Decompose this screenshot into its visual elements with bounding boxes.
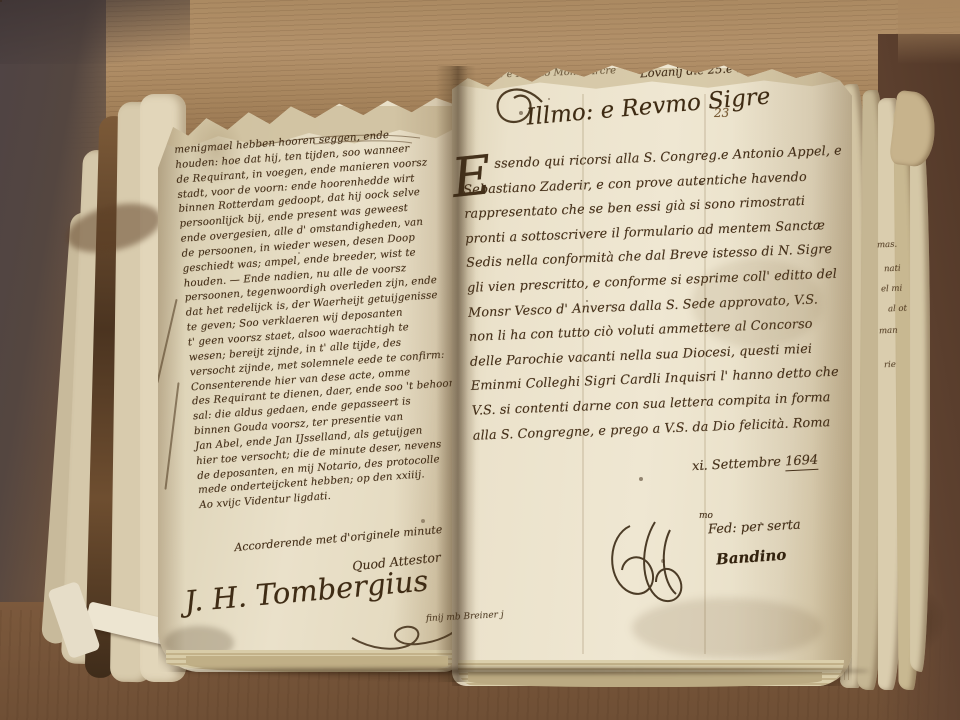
right-page: Al Illmo e Revmo Mons: Arcre Lovanij die…	[452, 58, 852, 686]
signature-superscript: mo	[699, 511, 713, 521]
contact-shadow	[170, 668, 870, 674]
manuscript-photo: tiaen-ms-edulatis-etieummas.natiel mial …	[0, 0, 960, 720]
date-year: 1694	[785, 453, 819, 472]
gutter-shadow	[436, 66, 476, 682]
left-page: menigmael hebben hooren seggen, endehoud…	[158, 86, 460, 672]
page-number: 23	[714, 106, 729, 120]
page-stain	[632, 598, 822, 658]
ink-specks	[0, 0, 2, 2]
bottom-sheet-edge	[468, 672, 822, 687]
ink-smudge	[692, 258, 822, 348]
right-page-edge-strip	[910, 128, 930, 672]
wood-dark-corner	[0, 0, 190, 64]
wood-light-corner	[898, 0, 960, 64]
